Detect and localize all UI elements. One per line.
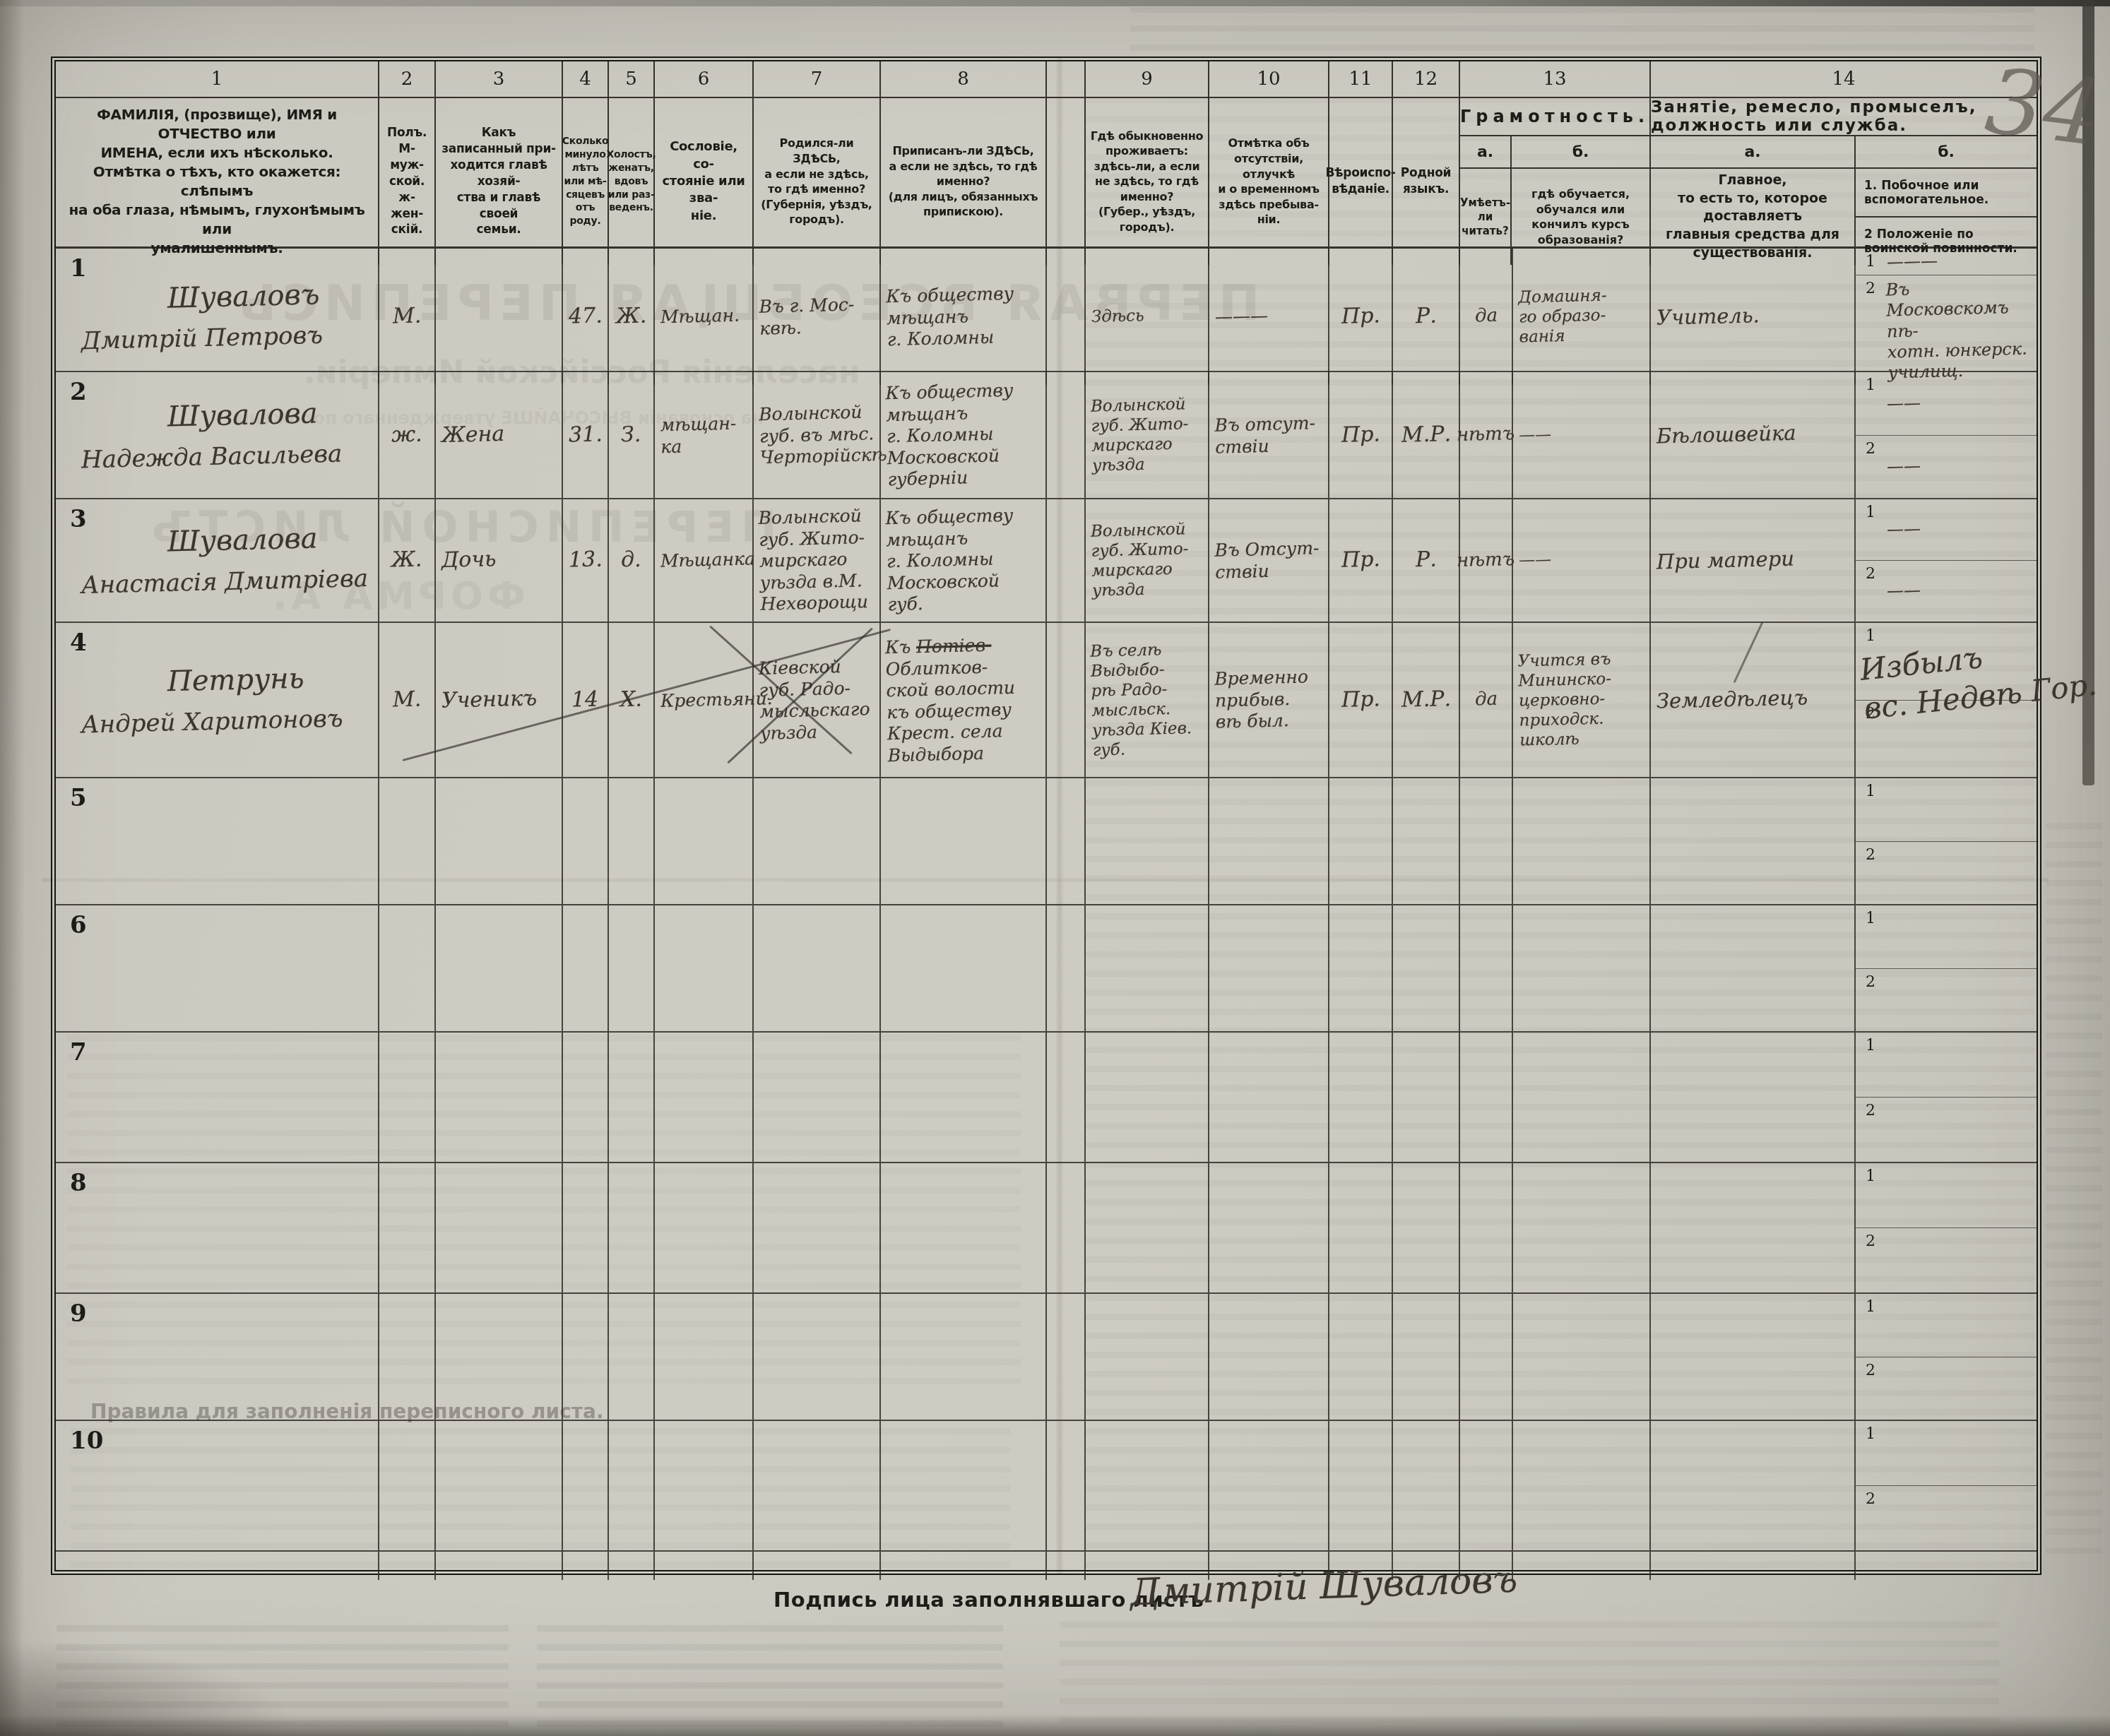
page-corner-shadow [0,1639,304,1736]
cell-occupation: Учитель. [1651,249,1856,385]
cell-absence: ——— [1209,249,1329,385]
cell-language [1393,1163,1460,1292]
cell-relation: Ученикъ [436,623,563,777]
table-row-blank [56,1552,2037,1580]
cell-absence [1209,1163,1329,1292]
cell-side-occupation: 12 [1856,1294,2037,1420]
surname: Шуваловъ [167,278,320,316]
bleedthrough-texture [1130,7,2034,51]
cell-education [1513,905,1651,1031]
cell-absence: Въ отсут- ствіи [1209,372,1329,498]
cell-residence [1086,1294,1209,1420]
bleedthrough-texture [537,1624,1003,1727]
cell-education: Домашня- го образо- ванія [1513,249,1651,385]
cell-estate: мѣщан- ка [655,372,754,498]
cell-side-occupation: 12 [1856,905,2037,1031]
cell-marital: З. [609,372,655,498]
handwritten-entry: 13. [568,547,603,574]
cell-relation [436,249,563,385]
cell-side-occupation: 12 [1856,778,2037,904]
handwritten-entry: Въ отсут- ствіи [1214,412,1316,458]
cell-relation [436,905,563,1031]
cell-name: 5 [56,778,379,904]
handwritten-entry: Домашня- го образо- ванія [1518,286,1608,347]
handwritten-entry: нѣтъ [1457,423,1515,447]
cell-residence: Волынской губ. Жито- мирскаго уѣзда [1086,372,1209,498]
column-header-13b: б. гдѣ обучается, обучался или кончилъ к… [1512,136,1649,265]
side-occupation-subrow: 1 [1856,1294,2037,1357]
cell-language: Р. [1393,499,1460,622]
cell-name: 9 [56,1294,379,1420]
column-header-4: 4 Сколько минуло лѣтъ или мѣ- сяцевъ отъ… [563,61,609,265]
given-names: Надежда Васильева [81,439,343,475]
subrow-number: 2 [1866,846,1875,864]
handwritten-entry: Къ обществу мѣщанъ г. Коломны [886,283,1015,350]
handwritten-entry: Къ Потіев- Облитков- ской волости къ общ… [885,634,1017,766]
cell-estate [655,1294,754,1420]
cell-fold [1047,372,1086,498]
scanned-paper: ПЕРВАЯ ВСЕОБЩАЯ ПЕРЕПИСЬ населенія Россі… [0,0,2110,1736]
handwritten-entry: З. [621,422,641,448]
cell-literacy: да [1460,249,1513,385]
handwritten-entry: Земледѣлецъ [1656,686,1808,715]
cell-religion: Пр. [1329,249,1393,385]
cell-religion [1329,1421,1393,1550]
cell-religion: Пр. [1329,623,1393,777]
handwritten-entry: да [1474,689,1498,711]
handwritten-entry: нѣтъ [1457,549,1515,573]
cell-side-occupation: 12 [1856,1163,2037,1292]
side-occupation-subrow: 2 [1856,842,2037,905]
column-header-2: 2 Полъ. М-муж- ской. ж-жен- скій. [379,61,436,265]
cell-age [563,905,609,1031]
cell-literacy [1460,778,1513,904]
cell-age [563,1033,609,1162]
cell-ascription [881,1033,1047,1162]
column-header-13a: а. Умѣетъ- ли читать? [1460,136,1512,265]
cell-ascription [881,778,1047,904]
side-occupation-subrow: 1 [1856,905,2037,969]
cell-age: 13. [563,499,609,622]
handwritten-entry: Въ Отсут- ствіи [1214,537,1320,583]
handwritten-entry: Волынской губ. Жито- мирскаго уѣзда [1091,520,1190,602]
subrow-number: 1 [1866,783,1875,800]
cell-name: 8 [56,1163,379,1292]
table-row: 2ШуваловаНадежда Васильеваж.Жена31.З.мѣщ… [56,372,2037,499]
subrow-number: 2 [1866,280,1875,297]
cell-residence [1086,1421,1209,1550]
handwritten-entry: Р. [1415,547,1437,573]
cell-name: 7 [56,1033,379,1162]
subrow-number: 1 [1866,1037,1875,1054]
cell-religion: Пр. [1329,499,1393,622]
cell-birthplace: Кіевской губ. Радо- мысльскаго уѣзда [754,623,881,777]
side-occupation-subrow: 2 [1856,1486,2037,1550]
cell-ascription [881,1421,1047,1550]
cell-marital [609,778,655,904]
subrow-number: 1 [1866,1425,1875,1443]
cell-sex [379,1033,436,1162]
cell-estate [655,1163,754,1292]
table-row: 1012 [56,1421,2037,1552]
side-occupation-subrow: 1—— [1856,499,2037,561]
table-row: 712 [56,1033,2037,1163]
handwritten-entry: Временно прибыв. вѣ был. [1214,667,1310,734]
handwritten-entry: —— [1519,550,1552,571]
cell-ascription [881,1294,1047,1420]
cell-sex [379,1163,436,1292]
fold-column [1047,61,1086,265]
cell-occupation: Земледѣлецъ [1651,623,1856,777]
cell-absence [1209,1421,1329,1550]
table-row: 1ШуваловъДмитрій ПетровъМ.47.Ж.Мѣщан.Въ … [56,249,2037,372]
cell-language: М.Р. [1393,623,1460,777]
row-number: 2 [70,378,87,406]
cell-side-occupation: 12 [1856,1033,2037,1162]
handwritten-entry: Кіевской губ. Радо- мысльскаго уѣзда [759,655,871,744]
handwritten-entry: Волынской губ. Жито- мирскаго уѣзда в.М.… [758,505,868,615]
handwritten-entry: —— [1519,424,1552,445]
subrow-number: 1 [1866,376,1875,394]
blank-cell [1651,1552,1856,1580]
side-occupation-subrow: 2 [1856,1357,2037,1420]
cell-ascription: Къ обществу мѣщанъ г. Коломны Московской… [881,499,1047,622]
cell-age [563,778,609,904]
cell-birthplace [754,778,881,904]
cell-education: Учится въ Мининско- церковно- приходск. … [1513,623,1651,777]
handwritten-entry: Волынской губ. Жито- мирскаго уѣзда [1091,394,1190,476]
table-row: 912 [56,1294,2037,1421]
cell-fold [1047,1163,1086,1292]
column-header-3: 3 Какъ записанный при- ходится главѣ хоз… [436,61,563,265]
cell-education: —— [1513,372,1651,498]
handwritten-entry: Пр. [1341,547,1380,574]
cell-literacy: да [1460,623,1513,777]
cell-birthplace [754,1033,881,1162]
blank-cell [56,1552,379,1580]
given-names: Анастасія Дмитріева [81,564,369,600]
handwritten-entry: да [1474,305,1498,328]
cell-occupation [1651,778,1856,904]
given-names: Дмитрій Петровъ [81,321,324,357]
cell-estate [655,1421,754,1550]
cell-estate: Мѣщан. [655,249,754,385]
subrow-number: 1 [1866,627,1875,645]
cell-education: —— [1513,499,1651,622]
cell-language [1393,1294,1460,1420]
cell-occupation [1651,1421,1856,1550]
given-names: Андрей Харитоновъ [81,704,343,740]
census-form-table: 1 ФАМИЛІЯ, (прозвище), ИМЯ и ОТЧЕСТВО ил… [51,57,2041,1575]
cell-residence [1086,778,1209,904]
cell-language: Р. [1393,249,1460,385]
table-body: 1ШуваловъДмитрій ПетровъМ.47.Ж.Мѣщан.Въ … [56,249,2037,1580]
handwritten-entry: Дочь [441,547,497,573]
side-occupation-subrow: 1 [1856,778,2037,842]
cell-residence: Волынской губ. Жито- мирскаго уѣзда [1086,499,1209,622]
column-header-14: 14 Занятіе, ремесло, промыселъ, должност… [1651,61,2037,265]
cell-estate: Мѣщанка [655,499,754,622]
cell-estate [655,1033,754,1162]
table-row: 3ШуваловаАнастасія ДмитріеваЖ.Дочь13.д.М… [56,499,2037,623]
cell-fold [1047,1033,1086,1162]
handwritten-entry: —— [1887,456,1921,477]
subrow-number: 2 [1866,1102,1875,1119]
table-header: 1 ФАМИЛІЯ, (прозвище), ИМЯ и ОТЧЕСТВО ил… [56,61,2037,249]
cell-language [1393,905,1460,1031]
blank-cell [881,1552,1047,1580]
cell-name: 6 [56,905,379,1031]
handwritten-entry: Пр. [1341,422,1380,448]
cell-birthplace [754,905,881,1031]
cell-marital: Ж. [609,249,655,385]
handwritten-entry: Учится въ Мининско- церковно- приходск. … [1517,649,1613,750]
handwritten-entry: М. [392,304,421,331]
cell-residence: Въ селѣ Выдыбо- рѣ Радо- мысльск. уѣзда … [1086,623,1209,777]
cell-relation [436,1294,563,1420]
cell-relation: Дочь [436,499,563,622]
cell-age [563,1421,609,1550]
cell-education [1513,1163,1651,1292]
cell-marital [609,1294,655,1420]
cell-education [1513,1033,1651,1162]
cell-relation: Жена [436,372,563,498]
side-occupation-subrow: 2Въ Московскомъ пѣ- хотн. юнкерск. учили… [1856,275,2037,384]
subrow-number: 1 [1866,253,1875,270]
cell-residence [1086,905,1209,1031]
subrow-number: 1 [1866,1167,1875,1185]
cell-occupation [1651,1163,1856,1292]
cell-absence: Временно прибыв. вѣ был. [1209,623,1329,777]
subrow-number: 2 [1866,1362,1875,1379]
cell-absence [1209,1033,1329,1162]
blank-cell [754,1552,881,1580]
column-header-7: 7 Родился-ли ЗДѢСЬ, а если не здѣсь, то … [754,61,881,265]
cell-age [563,1294,609,1420]
column-header-12: 12 Родной языкъ. [1393,61,1460,265]
surname: Петрунь [167,662,304,700]
handwritten-entry: ——— [1887,251,1938,273]
column-header-9: 9 Гдѣ обыкновенно проживаетъ: здѣсь-ли, … [1086,61,1209,265]
cell-sex: М. [379,249,436,385]
table-row: 812 [56,1163,2037,1294]
cell-education [1513,1421,1651,1550]
cell-age: 31. [563,372,609,498]
cell-side-occupation: 1——2—— [1856,499,2037,622]
side-occupation-subrow: 1 [1856,1421,2037,1486]
cell-birthplace [754,1421,881,1550]
cell-name: 2ШуваловаНадежда Васильева [56,372,379,498]
handwritten-entry: Жена [441,422,505,449]
cell-education [1513,778,1651,904]
cell-sex: ж. [379,372,436,498]
cell-fold [1047,905,1086,1031]
handwritten-entry: —— [1887,581,1921,602]
scan-edge [0,0,24,1736]
cell-language: М.Р. [1393,372,1460,498]
subrow-number: 2 [1866,1490,1875,1508]
cell-fold [1047,623,1086,777]
cell-residence [1086,1163,1209,1292]
side-occupation-subrow: 1 [1856,1163,2037,1228]
side-occupation-subrow: 2—— [1856,436,2037,499]
blank-cell [1513,1552,1651,1580]
cell-marital [609,905,655,1031]
row-number: 10 [70,1427,103,1455]
column-header-6: 6 Сословіе, со- стояніе или зва- ніе. [655,61,754,265]
blank-cell [379,1552,436,1580]
cell-estate [655,778,754,904]
row-number: 1 [70,254,87,283]
cell-ascription: Къ Потіев- Облитков- ской волости къ общ… [881,623,1047,777]
cell-fold [1047,249,1086,385]
handwritten-entry: Р. [1415,304,1437,330]
blank-cell [1856,1552,2037,1580]
cell-marital: д. [609,499,655,622]
cell-absence [1209,905,1329,1031]
cell-sex [379,1294,436,1420]
cell-sex: Ж. [379,499,436,622]
side-occupation-subrow: 1—— [1856,372,2037,436]
cell-literacy [1460,1294,1513,1420]
side-occupation-subrow: 2 [1856,969,2037,1032]
row-number: 6 [70,911,87,939]
column-header-11: 11 Вѣроиспо- вѣданіе. [1329,61,1393,265]
handwritten-entry: д. [621,547,641,573]
side-occupation-subrow: 2 [1856,1228,2037,1292]
cell-name: 10 [56,1421,379,1550]
cell-literacy [1460,1163,1513,1292]
cell-religion [1329,1163,1393,1292]
handwritten-entry: Бѣлошвейка [1656,421,1796,449]
handwritten-entry: —— [1887,519,1921,540]
cell-age: 47. [563,249,609,385]
bleedthrough-texture [2046,812,2102,1554]
cell-ascription [881,905,1047,1031]
column-header-14a: а. Главное, то есть то, которое доставля… [1651,136,1856,265]
blank-cell [655,1552,754,1580]
cell-religion [1329,1033,1393,1162]
handwritten-entry: Ученикъ [441,686,538,714]
cell-fold [1047,1294,1086,1420]
cell-ascription: Къ обществу мѣщанъ г. Коломны Московской… [881,372,1047,498]
handwritten-entry: Учитель. [1656,303,1760,331]
table-row: 512 [56,778,2037,905]
handwritten-entry: Ж. [615,303,646,330]
cell-birthplace: Въ г. Мос- квѣ. [754,249,881,385]
row-number: 4 [70,629,87,657]
cell-fold [1047,1421,1086,1550]
cell-occupation [1651,1294,1856,1420]
handwritten-entry: Ж. [391,547,422,574]
cell-relation [436,1163,563,1292]
cell-religion [1329,1294,1393,1420]
column-header-1: 1 ФАМИЛІЯ, (прозвище), ИМЯ и ОТЧЕСТВО ил… [56,61,379,265]
cell-relation [436,1033,563,1162]
handwritten-entry: М.Р. [1401,422,1451,448]
blank-cell [563,1552,609,1580]
cell-language [1393,1033,1460,1162]
handwritten-entry: Волынской губ. въ мѣс. Черторійскѣ [759,401,887,469]
column-header-10: 10 Отмѣтка объ отсутствіи, отлучкѣ и о в… [1209,61,1329,265]
handwritten-entry: Къ обществу мѣщанъ г. Коломны Московской… [885,380,1016,491]
blank-cell [609,1552,655,1580]
cell-religion [1329,905,1393,1031]
column-header-5: 5 Холостъ, женатъ, вдовъ или раз- веденъ… [609,61,655,265]
column-header-8: 8 Приписанъ-ли ЗДѢСЬ, а если не здѣсь, т… [881,61,1047,265]
cell-literacy [1460,1033,1513,1162]
cell-relation [436,1421,563,1550]
handwritten-entry: Здѣсь [1091,306,1144,327]
struck-word: Потіев- [916,634,992,657]
cell-estate [655,905,754,1031]
cell-literacy: нѣтъ [1460,499,1513,622]
handwritten-entry: М. [392,686,421,713]
cell-birthplace: Волынской губ. Жито- мирскаго уѣзда в.М.… [754,499,881,622]
table-row: 4ПетруньАндрей ХаритоновъМ.Ученикъ14Х.Кр… [56,623,2037,778]
row-number: 9 [70,1300,87,1328]
handwritten-entry: —— [1887,393,1921,414]
cell-ascription: Къ обществу мѣщанъ г. Коломны [881,249,1047,385]
subrow-number: 1 [1866,504,1875,521]
cell-fold [1047,499,1086,622]
handwritten-entry: Пр. [1341,686,1380,713]
handwritten-entry: Въ г. Мос- квѣ. [759,294,855,339]
cell-name: 4ПетруньАндрей Харитоновъ [56,623,379,777]
cell-occupation [1651,1033,1856,1162]
scan-edge [0,1715,2110,1736]
subrow-number: 2 [1866,973,1875,991]
cell-sex [379,905,436,1031]
column-header-13: 13 Грамотность. а. Умѣетъ- ли читать? б.… [1460,61,1651,265]
cell-side-occupation: 1———2Въ Московскомъ пѣ- хотн. юнкерск. у… [1856,249,2037,385]
row-number: 3 [70,505,87,533]
handwritten-entry: М.Р. [1401,686,1451,713]
cell-occupation: При матери [1651,499,1856,622]
handwritten-entry: Въ селѣ Выдыбо- рѣ Радо- мысльск. уѣзда … [1090,639,1192,761]
cell-religion: Пр. [1329,372,1393,498]
cell-ascription [881,1163,1047,1292]
side-occupation-subrow: 2 [1856,1098,2037,1162]
bleedthrough-texture [1060,1617,1999,1723]
subrow-number: 2 [1866,1232,1875,1250]
cell-relation [436,778,563,904]
cell-literacy [1460,905,1513,1031]
cell-language [1393,778,1460,904]
cell-literacy [1460,1421,1513,1550]
pencil-page-number: 34 [1981,49,2108,167]
subrow-number: 1 [1866,910,1875,927]
handwritten-entry: Пр. [1341,303,1380,330]
table-row: 612 [56,905,2037,1033]
cell-residence: Здѣсь [1086,249,1209,385]
surname: Шувалова [167,522,318,560]
subrow-number: 2 [1866,440,1875,458]
handwritten-entry: Въ Московскомъ пѣ- хотн. юнкерск. училищ… [1885,277,2031,384]
cell-side-occupation: 1——2—— [1856,372,2037,498]
blank-cell [1047,1552,1086,1580]
cell-birthplace: Волынской губ. въ мѣс. Черторійскѣ [754,372,881,498]
handwritten-entry: мѣщан- ка [660,412,737,458]
side-occupation-subrow: 1 [1856,1033,2037,1098]
handwritten-entry: При матери [1656,546,1795,574]
handwritten-entry: Къ обществу мѣщанъ г. Коломны Московской… [885,505,1016,616]
cell-sex [379,778,436,904]
blank-cell [436,1552,563,1580]
handwritten-entry: 31. [568,422,603,448]
cell-absence [1209,1294,1329,1420]
cell-name: 3ШуваловаАнастасія Дмитріева [56,499,379,622]
